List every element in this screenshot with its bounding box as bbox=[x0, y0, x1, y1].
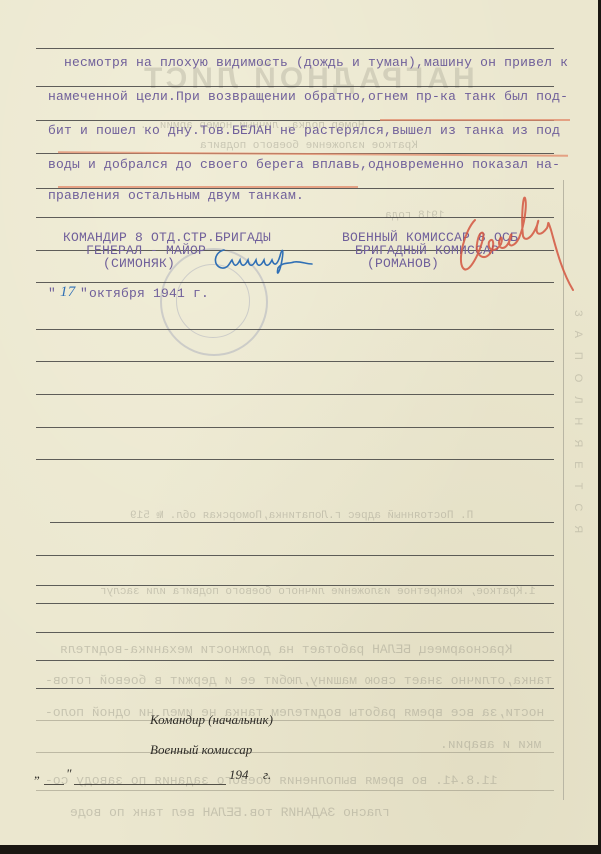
show-through-line: ности,за все время работы водителем танк… bbox=[45, 705, 544, 720]
show-through-line: танка,отлично знает свою машину,любит ее… bbox=[45, 673, 552, 688]
ruled-line bbox=[50, 522, 554, 523]
form-date-month-blank bbox=[74, 784, 226, 785]
show-through-line: 1.Краткое, конкретное изложение личного … bbox=[100, 586, 536, 598]
ruled-line bbox=[36, 720, 554, 721]
show-through-line: 11.8.41. во время выполнения боевого зад… bbox=[45, 773, 497, 788]
ruled-line bbox=[36, 632, 554, 633]
show-through-line: гласно ЗАДАНИЯ тов.БЕЛАН вел танк по вод… bbox=[70, 805, 390, 820]
show-through-vertical: ЗАПОЛНЯЕТСЯ bbox=[572, 310, 584, 547]
ruled-line bbox=[36, 555, 554, 556]
ruled-line bbox=[36, 688, 554, 689]
ruled-line bbox=[36, 790, 554, 791]
citation-line: намеченной цели.При возвращении обратно,… bbox=[48, 89, 568, 104]
show-through-line: Краткое изложение боевого подвига bbox=[200, 140, 418, 152]
commander-signature bbox=[210, 242, 320, 282]
date-month-year: октября 1941 г. bbox=[89, 286, 209, 301]
ruled-line bbox=[36, 459, 554, 460]
citation-line: несмотря на плохую видимость (дождь и ту… bbox=[64, 55, 568, 70]
citation-line: воды и добрался до своего берега вплавь,… bbox=[48, 157, 560, 172]
red-underline bbox=[380, 119, 570, 121]
date-open-quote: " bbox=[48, 286, 56, 301]
show-through-line: П. Постоянный адрес г.Лопатинка,Поморска… bbox=[130, 510, 473, 522]
ruled-line bbox=[36, 603, 554, 604]
citation-line: бит и пошел ко дну.Тов.БЕЛАН не растерял… bbox=[48, 123, 560, 138]
form-date-day-blank bbox=[44, 784, 64, 785]
document-page: НАГРАДНОЙ ЛИСТ ЗАПОЛНЯЕТСЯ 1918 года Ном… bbox=[0, 0, 598, 845]
ruled-line bbox=[36, 48, 554, 49]
form-commissar-label: Военный комиссар bbox=[150, 742, 252, 758]
show-through-line: Красноармеец БЕЛАН работает на должности… bbox=[60, 642, 512, 657]
form-commander-label: Командир (начальник) bbox=[150, 712, 273, 728]
show-through-line: мки и аварии. bbox=[440, 737, 541, 752]
ruled-line bbox=[36, 752, 554, 753]
citation-line: правления остальным двум танкам. bbox=[48, 188, 304, 203]
ruled-line bbox=[36, 585, 554, 586]
form-year-suffix: г. bbox=[263, 767, 271, 783]
commissar-name: (РОМАНОВ) bbox=[367, 256, 439, 271]
show-through-line: 1918 года bbox=[385, 210, 444, 222]
form-date-prefix: „ bbox=[34, 766, 41, 782]
ruled-line bbox=[36, 660, 554, 661]
ruled-line bbox=[36, 394, 554, 395]
date-day: 17 bbox=[60, 284, 75, 301]
ruled-line bbox=[36, 86, 554, 87]
date-close-quote: " bbox=[80, 286, 88, 301]
form-date-quote: " bbox=[66, 766, 71, 782]
ruled-line bbox=[36, 427, 554, 428]
commander-name: (СИМОНЯК) bbox=[103, 256, 175, 271]
ruled-line bbox=[36, 361, 554, 362]
form-year-label: 194 bbox=[229, 767, 249, 783]
red-resolution-signature bbox=[455, 190, 585, 300]
ruled-line bbox=[36, 329, 554, 330]
